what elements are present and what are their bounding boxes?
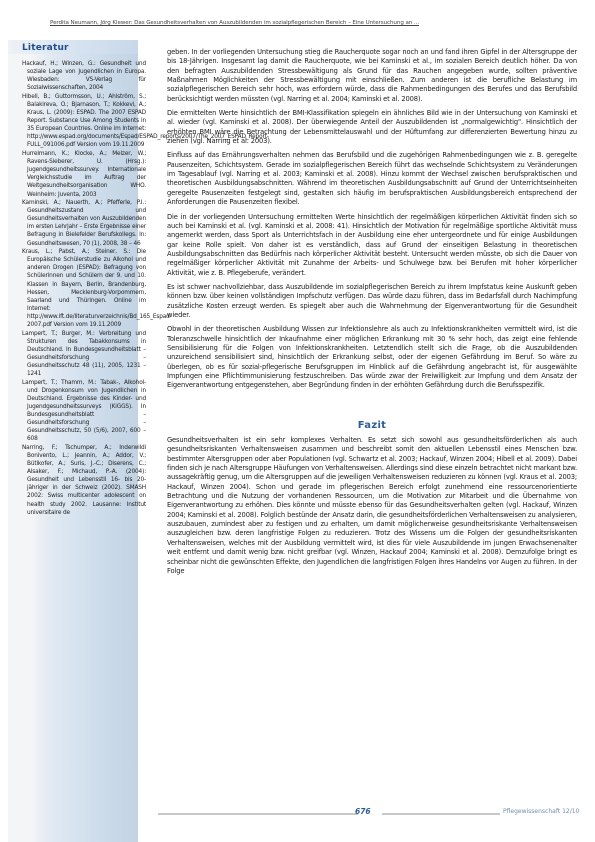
reference-item: Hibell, B.; Guttormsson, U.; Ahlström, S… bbox=[22, 93, 146, 150]
main-text-column: geben. In der vorliegenden Untersuchung … bbox=[167, 48, 577, 581]
footer-divider bbox=[158, 813, 358, 815]
body-paragraph: Die in der vorliegenden Untersuchung erm… bbox=[167, 213, 577, 278]
reference-item: Kraus, L.; Pabst, A.; Steiner, S.: Die E… bbox=[22, 248, 146, 329]
page-number: 676 bbox=[355, 807, 371, 816]
references-sidebar: Literatur Hackauf, H.; Winzen, G.: Gesun… bbox=[8, 40, 138, 842]
section-heading-fazit: Fazit bbox=[167, 421, 577, 430]
body-paragraph: geben. In der vorliegenden Untersuchung … bbox=[167, 48, 577, 104]
reference-item: Lampert, T.; Burger, M.: Verbreitung und… bbox=[22, 330, 146, 379]
reference-item: Narring, F.; Tschumper, A.; Inderwildi B… bbox=[22, 444, 146, 517]
reference-item: Hackauf, H.; Winzen, G.: Gesundheit und … bbox=[22, 60, 146, 92]
body-paragraph: Obwohl in der theoretischen Ausbildung W… bbox=[167, 325, 577, 390]
body-paragraph: Es ist schwer nachvollziehbar, dass Ausz… bbox=[167, 283, 577, 320]
reference-item: Hurrelmann, K.; Klocke, A.; Melzer, W.; … bbox=[22, 150, 146, 199]
reference-item: Kaminski, A.; Nauerth, A.; Pfefferle, P.… bbox=[22, 199, 146, 248]
footer-divider bbox=[382, 813, 500, 815]
body-paragraph: Einfluss auf das Ernährungsverhalten neh… bbox=[167, 151, 577, 207]
body-paragraph: Gesundheitsverhalten ist ein sehr komple… bbox=[167, 436, 577, 576]
references-heading: Literatur bbox=[22, 43, 69, 53]
sidebar-title-bar: Literatur bbox=[8, 40, 138, 54]
journal-issue-label: Pflegewissenschaft 12/10 bbox=[503, 808, 579, 815]
reference-list: Hackauf, H.; Winzen, G.: Gesundheit und … bbox=[22, 60, 146, 517]
reference-item: Lampert, T.; Thamm, M.: Tabak-, Alkohol-… bbox=[22, 379, 146, 444]
running-header: Perdita Neumann, Jörg Klewer: Das Gesund… bbox=[50, 20, 590, 26]
body-paragraph: Die ermittelten Werte hinsichtlich der B… bbox=[167, 109, 577, 146]
